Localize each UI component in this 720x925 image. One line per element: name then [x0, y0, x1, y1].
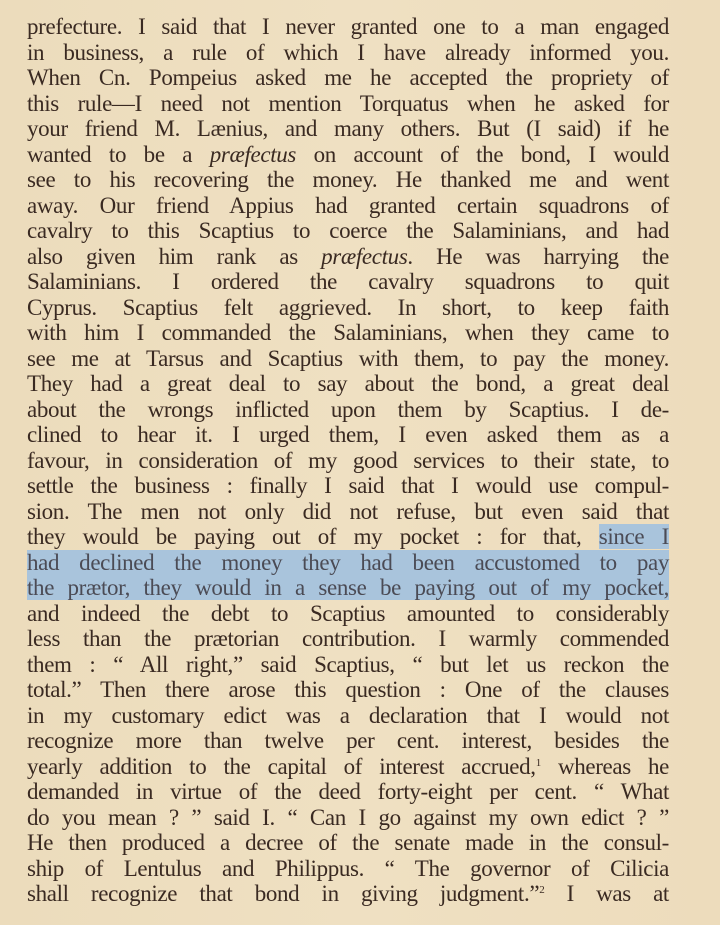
text-line: in business, a rule of which I have alre… — [27, 40, 669, 66]
text-line: the prætor, they would in a sense be pay… — [27, 575, 669, 601]
text-segment: on account of the bond, I would — [296, 142, 669, 167]
text-line: shall recognize that bond in giving judg… — [27, 881, 669, 907]
text-segment: recognize more than twelve per cent. int… — [27, 728, 669, 753]
text-segment: total.” Then there arose this question :… — [27, 677, 669, 702]
text-segment: this rule—I need not mention Torquatus w… — [27, 91, 669, 116]
text-segment: Salaminians. I ordered the cavalry squad… — [27, 269, 669, 294]
text-line: about the wrongs inflicted upon them by … — [27, 397, 669, 423]
text-line: in my customary edict was a declaration … — [27, 703, 669, 729]
text-line: away. Our friend Appius had granted cert… — [27, 193, 669, 219]
text-line: When Cn. Pompeius asked me he accepted t… — [27, 65, 669, 91]
text-line: see me at Tarsus and Scaptius with them,… — [27, 346, 669, 372]
text-line: demanded in virtue of the deed forty-eig… — [27, 779, 669, 805]
text-line: they would be paying out of my pocket : … — [27, 524, 669, 550]
text-line: cavalry to this Scaptius to coerce the S… — [27, 218, 669, 244]
text-segment: When Cn. Pompeius asked me he accepted t… — [27, 65, 669, 90]
text-segment: shall recognize that bond in giving judg… — [27, 881, 539, 906]
text-line: with him I commanded the Salaminians, wh… — [27, 320, 669, 346]
text-segment: . He was harrying the — [407, 244, 669, 269]
text-segment: see me at Tarsus and Scaptius with them,… — [27, 346, 669, 371]
italic-term: præfectus — [210, 142, 296, 167]
text-segment: Cyprus. Scaptius felt aggrieved. In shor… — [27, 295, 669, 320]
text-line: had declined the money they had been acc… — [27, 550, 669, 576]
text-line: less than the prætorian contribution. I … — [27, 626, 669, 652]
text-line: wanted to be a præfectus on account of t… — [27, 142, 669, 168]
text-line: this rule—I need not mention Torquatus w… — [27, 91, 669, 117]
selected-text[interactable]: had declined the money they had been acc… — [27, 550, 669, 575]
text-line: see to his recovering the money. He than… — [27, 167, 669, 193]
text-line: He then produced a decree of the senate … — [27, 830, 669, 856]
text-line: do you mean ? ” said I. “ Can I go again… — [27, 805, 669, 831]
text-line: Cyprus. Scaptius felt aggrieved. In shor… — [27, 295, 669, 321]
selected-text[interactable]: the prætor, they would in a sense be pay… — [27, 575, 669, 600]
text-segment: less than the prætorian contribution. I … — [27, 626, 669, 651]
text-segment: They had a great deal to say about the b… — [27, 371, 669, 396]
text-segment: and indeed the debt to Scaptius amounted… — [27, 601, 669, 626]
text-segment: favour, in consideration of my good serv… — [27, 448, 669, 473]
text-line: also given him rank as præfectus. He was… — [27, 244, 669, 270]
italic-term: præfectus — [321, 244, 407, 269]
text-segment: they would be paying out of my pocket : … — [27, 524, 599, 549]
text-segment: wanted to be a — [27, 142, 210, 167]
text-line: sion. The men not only did not refuse, b… — [27, 499, 669, 525]
text-segment: them : “ All right,” said Scaptius, “ bu… — [27, 652, 669, 677]
text-line: your friend M. Lænius, and many others. … — [27, 116, 669, 142]
text-line: clined to hear it. I urged them, I even … — [27, 422, 669, 448]
text-segment: He then produced a decree of the senate … — [27, 830, 669, 855]
text-segment: see to his recovering the money. He than… — [27, 167, 669, 192]
text-line: total.” Then there arose this question :… — [27, 677, 669, 703]
text-line: Salaminians. I ordered the cavalry squad… — [27, 269, 669, 295]
selected-text[interactable]: since I — [599, 524, 669, 549]
text-line: settle the business : finally I said tha… — [27, 473, 669, 499]
text-line: They had a great deal to say about the b… — [27, 371, 669, 397]
text-line: recognize more than twelve per cent. int… — [27, 728, 669, 754]
text-segment: do you mean ? ” said I. “ Can I go again… — [27, 805, 669, 830]
text-line: them : “ All right,” said Scaptius, “ bu… — [27, 652, 669, 678]
text-segment: with him I commanded the Salaminians, wh… — [27, 320, 669, 345]
text-segment: clined to hear it. I urged them, I even … — [27, 422, 669, 447]
text-segment: in my customary edict was a declaration … — [27, 703, 669, 728]
text-segment: also given him rank as — [27, 244, 321, 269]
text-line: ship of Lentulus and Philippus. “ The go… — [27, 856, 669, 882]
text-line: favour, in consideration of my good serv… — [27, 448, 669, 474]
text-line: prefecture. I said that I never granted … — [27, 14, 669, 40]
text-line: and indeed the debt to Scaptius amounted… — [27, 601, 669, 627]
text-segment: prefecture. I said that I never granted … — [27, 14, 669, 39]
book-page-text[interactable]: prefecture. I said that I never granted … — [27, 14, 669, 907]
text-segment: your friend M. Lænius, and many others. … — [27, 116, 669, 141]
text-line: yearly addition to the capital of intere… — [27, 754, 669, 780]
text-segment: whereas he — [541, 754, 669, 779]
text-segment: away. Our friend Appius had granted cert… — [27, 193, 669, 218]
text-segment: about the wrongs inflicted upon them by … — [27, 397, 669, 422]
text-segment: sion. The men not only did not refuse, b… — [27, 499, 669, 524]
text-segment: yearly addition to the capital of intere… — [27, 754, 536, 779]
text-segment: settle the business : finally I said tha… — [27, 473, 669, 498]
text-segment: demanded in virtue of the deed forty-eig… — [27, 779, 669, 804]
text-segment: I was at — [544, 881, 669, 906]
text-segment: cavalry to this Scaptius to coerce the S… — [27, 218, 669, 243]
text-segment: ship of Lentulus and Philippus. “ The go… — [27, 856, 669, 881]
text-segment: in business, a rule of which I have alre… — [27, 40, 669, 65]
